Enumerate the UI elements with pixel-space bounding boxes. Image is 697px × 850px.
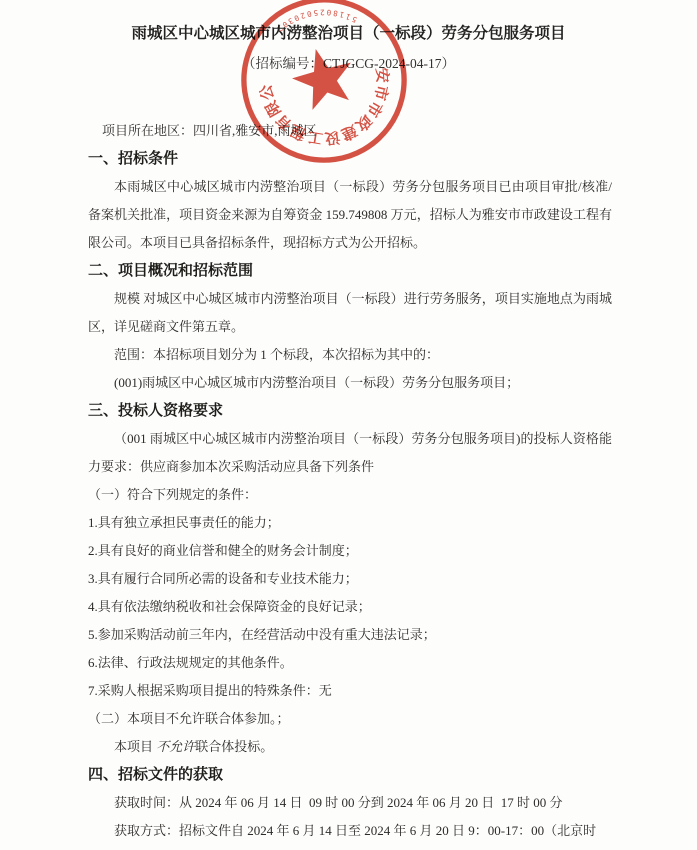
qualification-item-3: 3.具有履行合同所必需的设备和专业技术能力；	[88, 565, 612, 593]
qualification-item-1: 1.具有独立承担民事责任的能力；	[88, 509, 612, 537]
joint-bid-suffix: 联合体投标。	[195, 739, 273, 754]
section-3-heading: 三、投标人资格要求	[88, 397, 612, 425]
obtain-method-line: 获取方式：招标文件自 2024 年 6 月 14 日至 2024 年 6 月 2…	[88, 817, 612, 845]
qualification-item-2: 2.具有良好的商业信誉和健全的财务会计制度；	[88, 537, 612, 565]
section-1-paragraph: 本雨城区中心城区城市内涝整治项目（一标段）劳务分包服务项目已由项目审批/核准/备…	[88, 173, 612, 257]
section-2-heading: 二、项目概况和招标范围	[88, 257, 612, 285]
tender-scope-line: 范围：本招标项目划分为 1 个标段，本次招标为其中的：	[88, 341, 612, 369]
section-1-heading: 一、招标条件	[88, 145, 612, 173]
qualification-item-6: 6.法律、行政法规规定的其他条件。	[88, 649, 612, 677]
document-title: 雨城区中心城区城市内涝整治项目（一标段）劳务分包服务项目	[0, 21, 697, 47]
joint-bid-line: 本项目 不允许联合体投标。	[88, 733, 612, 761]
qualification-item-7: 7.采购人根据采购项目提出的特殊条件：无	[88, 677, 612, 705]
document-body: 项目所在地区：四川省,雅安市,雨城区 一、招标条件 本雨城区中心城区城市内涝整治…	[0, 117, 697, 845]
scanned-tender-document-page: 雨城区中心城区城市内涝整治项目（一标段）劳务分包服务项目 （招标编号：CTJGC…	[0, 0, 697, 850]
qualification-item-4: 4.具有依法缴纳税收和社会保障资金的良好记录；	[88, 593, 612, 621]
joint-bid-prefix: 本项目	[114, 739, 156, 754]
section-4-heading: 四、招标文件的获取	[88, 761, 612, 789]
tender-number: （招标编号：CTJGCG-2024-04-17）	[0, 51, 697, 77]
project-scale-paragraph: 规模 对城区中心城区城市内涝整治项目（一标段）进行劳务服务，项目实施地点为雨城区…	[88, 285, 612, 341]
project-location-line: 项目所在地区：四川省,雅安市,雨城区	[88, 117, 612, 145]
qualification-intro-paragraph: （001 雨城区中心城区城市内涝整治项目（一标段）劳务分包服务项目)的投标人资格…	[88, 425, 612, 481]
qualification-sub1-line: （一）符合下列规定的条件：	[88, 481, 612, 509]
title-block: 雨城区中心城区城市内涝整治项目（一标段）劳务分包服务项目 （招标编号：CTJGC…	[0, 0, 697, 77]
lot-001-line: (001)雨城区中心城区城市内涝整治项目（一标段）劳务分包服务项目；	[88, 369, 612, 397]
qualification-sub2-line: （二）本项目不允许联合体参加。；	[88, 705, 612, 733]
obtain-time-line: 获取时间：从 2024 年 06 月 14 日 09 时 00 分到 2024 …	[88, 789, 612, 817]
qualification-item-5: 5.参加采购活动前三年内，在经营活动中没有重大违法记录；	[88, 621, 612, 649]
joint-bid-not-allowed-emphasis: 不允许	[156, 739, 195, 754]
